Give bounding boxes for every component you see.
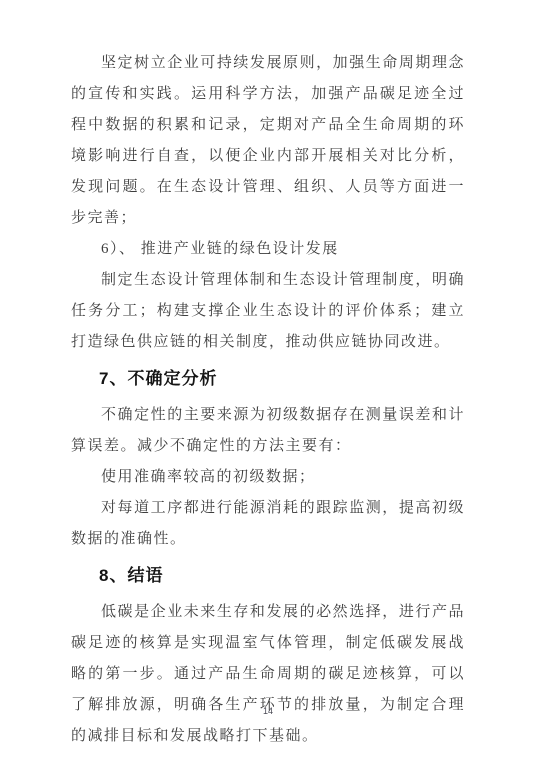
section-heading-conclusion: 8、结语 bbox=[71, 564, 465, 588]
paragraph-energy-monitoring: 对每道工序都进行能源消耗的跟踪监测，提高初级数据的准确性。 bbox=[71, 493, 465, 555]
paragraph-conclusion: 低碳是企业未来生存和发展的必然选择，进行产品碳足迹的核算是实现温室气体管理，制定… bbox=[71, 597, 465, 752]
paragraph-eco-design-system: 制定生态设计管理体制和生态设计管理制度，明确任务分工；构建支撑企业生态设计的评价… bbox=[71, 265, 465, 358]
paragraph-uncertainty-sources: 不确定性的主要来源为初级数据存在测量误差和计算误差。减少不确定性的方法主要有： bbox=[71, 400, 465, 462]
document-page: 坚定树立企业可持续发展原则，加强生命周期理念的宣传和实践。运用科学方法，加强产品… bbox=[0, 0, 536, 763]
paragraph-sustainable-development: 坚定树立企业可持续发展原则，加强生命周期理念的宣传和实践。运用科学方法，加强产品… bbox=[71, 48, 465, 234]
list-subheading-green-design: 6）、 推进产业链的绿色设计发展 bbox=[71, 234, 465, 265]
page-content: 坚定树立企业可持续发展原则，加强生命周期理念的宣传和实践。运用科学方法，加强产品… bbox=[71, 48, 465, 752]
page-number: 14 bbox=[0, 706, 536, 716]
section-heading-uncertainty-analysis: 7、不确定分析 bbox=[71, 367, 465, 391]
paragraph-use-accurate-data: 使用准确率较高的初级数据； bbox=[71, 462, 465, 493]
